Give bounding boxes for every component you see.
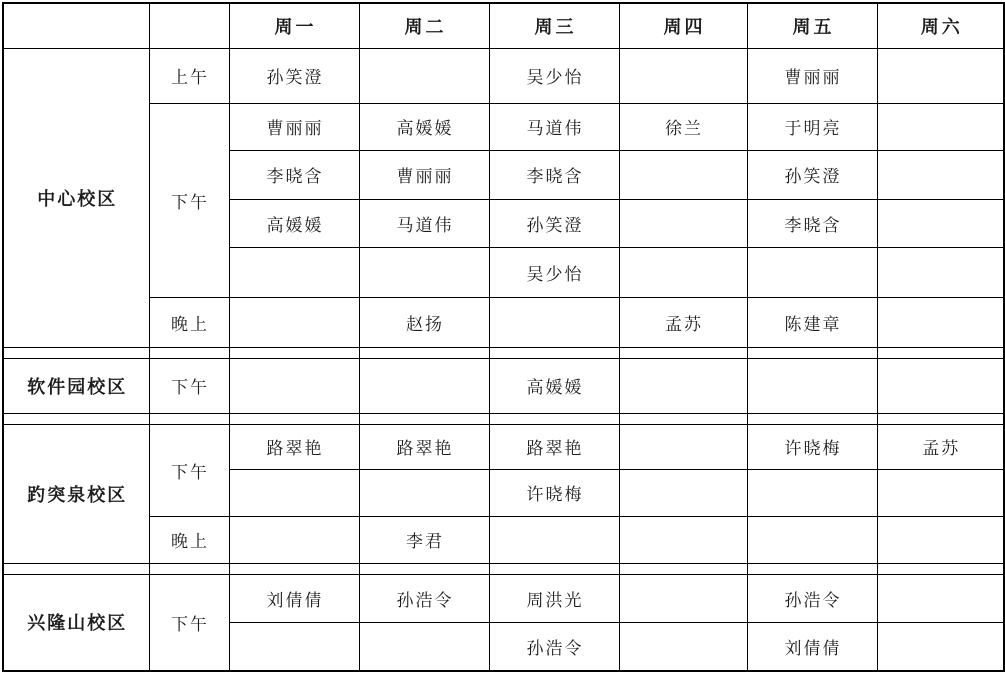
table-row: 兴隆山校区 下午 刘倩倩 孙浩令 周洪光 孙浩令 bbox=[3, 574, 1004, 622]
separator-cell bbox=[877, 413, 1004, 424]
schedule-cell bbox=[619, 48, 747, 103]
separator-cell bbox=[149, 413, 229, 424]
campus-label-software-park: 软件园校区 bbox=[3, 358, 149, 413]
separator-cell bbox=[489, 563, 619, 574]
schedule-cell: 路翠艳 bbox=[359, 424, 489, 469]
schedule-cell: 陈建章 bbox=[747, 297, 877, 347]
schedule-cell bbox=[619, 358, 747, 413]
day-header-sat: 周六 bbox=[877, 3, 1004, 48]
schedule-cell: 李晓含 bbox=[489, 150, 619, 199]
schedule-cell: 李晓含 bbox=[229, 150, 359, 199]
period-label-baotuquan-evening: 晚上 bbox=[149, 516, 229, 563]
separator-cell bbox=[3, 413, 149, 424]
schedule-cell bbox=[619, 622, 747, 671]
header-row: 周一 周二 周三 周四 周五 周六 bbox=[3, 3, 1004, 48]
schedule-cell bbox=[877, 574, 1004, 622]
schedule-cell bbox=[877, 103, 1004, 150]
separator-cell bbox=[359, 413, 489, 424]
separator-cell bbox=[149, 563, 229, 574]
schedule-cell bbox=[619, 199, 747, 247]
schedule-cell bbox=[229, 247, 359, 297]
schedule-cell: 路翠艳 bbox=[489, 424, 619, 469]
schedule-cell: 周洪光 bbox=[489, 574, 619, 622]
separator-cell bbox=[229, 413, 359, 424]
table-row: 趵突泉校区 下午 路翠艳 路翠艳 路翠艳 许晓梅 孟苏 bbox=[3, 424, 1004, 469]
schedule-cell bbox=[229, 516, 359, 563]
table-row: 晚上 赵扬 孟苏 陈建章 bbox=[3, 297, 1004, 347]
schedule-cell bbox=[619, 424, 747, 469]
schedule-cell: 孙浩令 bbox=[747, 574, 877, 622]
schedule-cell: 刘倩倩 bbox=[229, 574, 359, 622]
schedule-cell bbox=[877, 358, 1004, 413]
schedule-cell bbox=[747, 358, 877, 413]
schedule-cell bbox=[877, 199, 1004, 247]
schedule-cell: 李君 bbox=[359, 516, 489, 563]
separator-cell bbox=[619, 563, 747, 574]
schedule-cell bbox=[359, 358, 489, 413]
schedule-cell bbox=[877, 150, 1004, 199]
schedule-cell bbox=[747, 469, 877, 516]
schedule-cell: 孙笑澄 bbox=[747, 150, 877, 199]
day-header-fri: 周五 bbox=[747, 3, 877, 48]
schedule-cell bbox=[877, 247, 1004, 297]
corner-cell-period bbox=[149, 3, 229, 48]
schedule-cell: 刘倩倩 bbox=[747, 622, 877, 671]
separator-cell bbox=[619, 413, 747, 424]
schedule-cell bbox=[359, 622, 489, 671]
schedule-cell bbox=[229, 469, 359, 516]
separator-cell bbox=[747, 347, 877, 358]
schedule-cell: 孙笑澄 bbox=[229, 48, 359, 103]
schedule-cell: 吴少怡 bbox=[489, 247, 619, 297]
schedule-cell: 路翠艳 bbox=[229, 424, 359, 469]
schedule-table: 周一 周二 周三 周四 周五 周六 中心校区 上午 孙笑澄 吴少怡 曹丽丽 下午… bbox=[2, 2, 1005, 672]
schedule-cell: 许晓梅 bbox=[489, 469, 619, 516]
schedule-cell bbox=[229, 297, 359, 347]
separator-cell bbox=[877, 563, 1004, 574]
separator-cell bbox=[359, 347, 489, 358]
schedule-cell bbox=[619, 247, 747, 297]
schedule-cell bbox=[747, 516, 877, 563]
day-header-mon: 周一 bbox=[229, 3, 359, 48]
schedule-cell bbox=[359, 469, 489, 516]
campus-label-xinglongshan: 兴隆山校区 bbox=[3, 574, 149, 671]
schedule-cell bbox=[359, 247, 489, 297]
schedule-cell: 孟苏 bbox=[877, 424, 1004, 469]
schedule-cell bbox=[619, 150, 747, 199]
schedule-cell bbox=[877, 622, 1004, 671]
schedule-cell bbox=[359, 48, 489, 103]
schedule-cell: 赵扬 bbox=[359, 297, 489, 347]
separator-cell bbox=[619, 347, 747, 358]
schedule-cell bbox=[877, 516, 1004, 563]
separator-cell bbox=[747, 413, 877, 424]
schedule-cell bbox=[489, 297, 619, 347]
day-header-thu: 周四 bbox=[619, 3, 747, 48]
schedule-cell: 曹丽丽 bbox=[747, 48, 877, 103]
campus-label-central: 中心校区 bbox=[3, 48, 149, 347]
schedule-cell: 许晓梅 bbox=[747, 424, 877, 469]
schedule-cell: 马道伟 bbox=[489, 103, 619, 150]
table-row: 中心校区 上午 孙笑澄 吴少怡 曹丽丽 bbox=[3, 48, 1004, 103]
schedule-cell: 吴少怡 bbox=[489, 48, 619, 103]
schedule-cell bbox=[489, 516, 619, 563]
schedule-cell bbox=[877, 48, 1004, 103]
schedule-cell bbox=[619, 469, 747, 516]
schedule-cell bbox=[619, 516, 747, 563]
campus-label-baotuquan: 趵突泉校区 bbox=[3, 424, 149, 563]
separator-cell bbox=[359, 563, 489, 574]
day-header-wed: 周三 bbox=[489, 3, 619, 48]
schedule-cell: 李晓含 bbox=[747, 199, 877, 247]
schedule-cell: 高媛媛 bbox=[489, 358, 619, 413]
schedule-cell bbox=[877, 297, 1004, 347]
period-label-central-afternoon: 下午 bbox=[149, 103, 229, 297]
separator-cell bbox=[747, 563, 877, 574]
schedule-cell: 高媛媛 bbox=[359, 103, 489, 150]
schedule-cell bbox=[229, 358, 359, 413]
separator-cell bbox=[229, 347, 359, 358]
schedule-sheet: 周一 周二 周三 周四 周五 周六 中心校区 上午 孙笑澄 吴少怡 曹丽丽 下午… bbox=[0, 0, 1005, 674]
separator-cell bbox=[149, 347, 229, 358]
separator-cell bbox=[3, 347, 149, 358]
corner-cell-campus bbox=[3, 3, 149, 48]
separator-cell bbox=[877, 347, 1004, 358]
period-label-central-morning: 上午 bbox=[149, 48, 229, 103]
separator-cell bbox=[229, 563, 359, 574]
period-label-central-evening: 晚上 bbox=[149, 297, 229, 347]
schedule-cell bbox=[877, 469, 1004, 516]
schedule-cell bbox=[229, 622, 359, 671]
period-label-software-park-afternoon: 下午 bbox=[149, 358, 229, 413]
schedule-cell: 孙浩令 bbox=[489, 622, 619, 671]
table-row: 晚上 李君 bbox=[3, 516, 1004, 563]
separator-row bbox=[3, 347, 1004, 358]
schedule-cell: 曹丽丽 bbox=[229, 103, 359, 150]
schedule-cell: 徐兰 bbox=[619, 103, 747, 150]
separator-cell bbox=[489, 413, 619, 424]
schedule-cell bbox=[619, 574, 747, 622]
schedule-cell bbox=[747, 247, 877, 297]
schedule-cell: 于明亮 bbox=[747, 103, 877, 150]
table-row: 下午 曹丽丽 高媛媛 马道伟 徐兰 于明亮 bbox=[3, 103, 1004, 150]
schedule-cell: 马道伟 bbox=[359, 199, 489, 247]
separator-cell bbox=[3, 563, 149, 574]
period-label-xinglongshan-afternoon: 下午 bbox=[149, 574, 229, 671]
separator-cell bbox=[489, 347, 619, 358]
schedule-cell: 孟苏 bbox=[619, 297, 747, 347]
schedule-cell: 高媛媛 bbox=[229, 199, 359, 247]
schedule-cell: 曹丽丽 bbox=[359, 150, 489, 199]
schedule-cell: 孙浩令 bbox=[359, 574, 489, 622]
period-label-baotuquan-afternoon: 下午 bbox=[149, 424, 229, 516]
table-row: 软件园校区 下午 高媛媛 bbox=[3, 358, 1004, 413]
schedule-cell: 孙笑澄 bbox=[489, 199, 619, 247]
separator-row bbox=[3, 563, 1004, 574]
separator-row bbox=[3, 413, 1004, 424]
day-header-tue: 周二 bbox=[359, 3, 489, 48]
